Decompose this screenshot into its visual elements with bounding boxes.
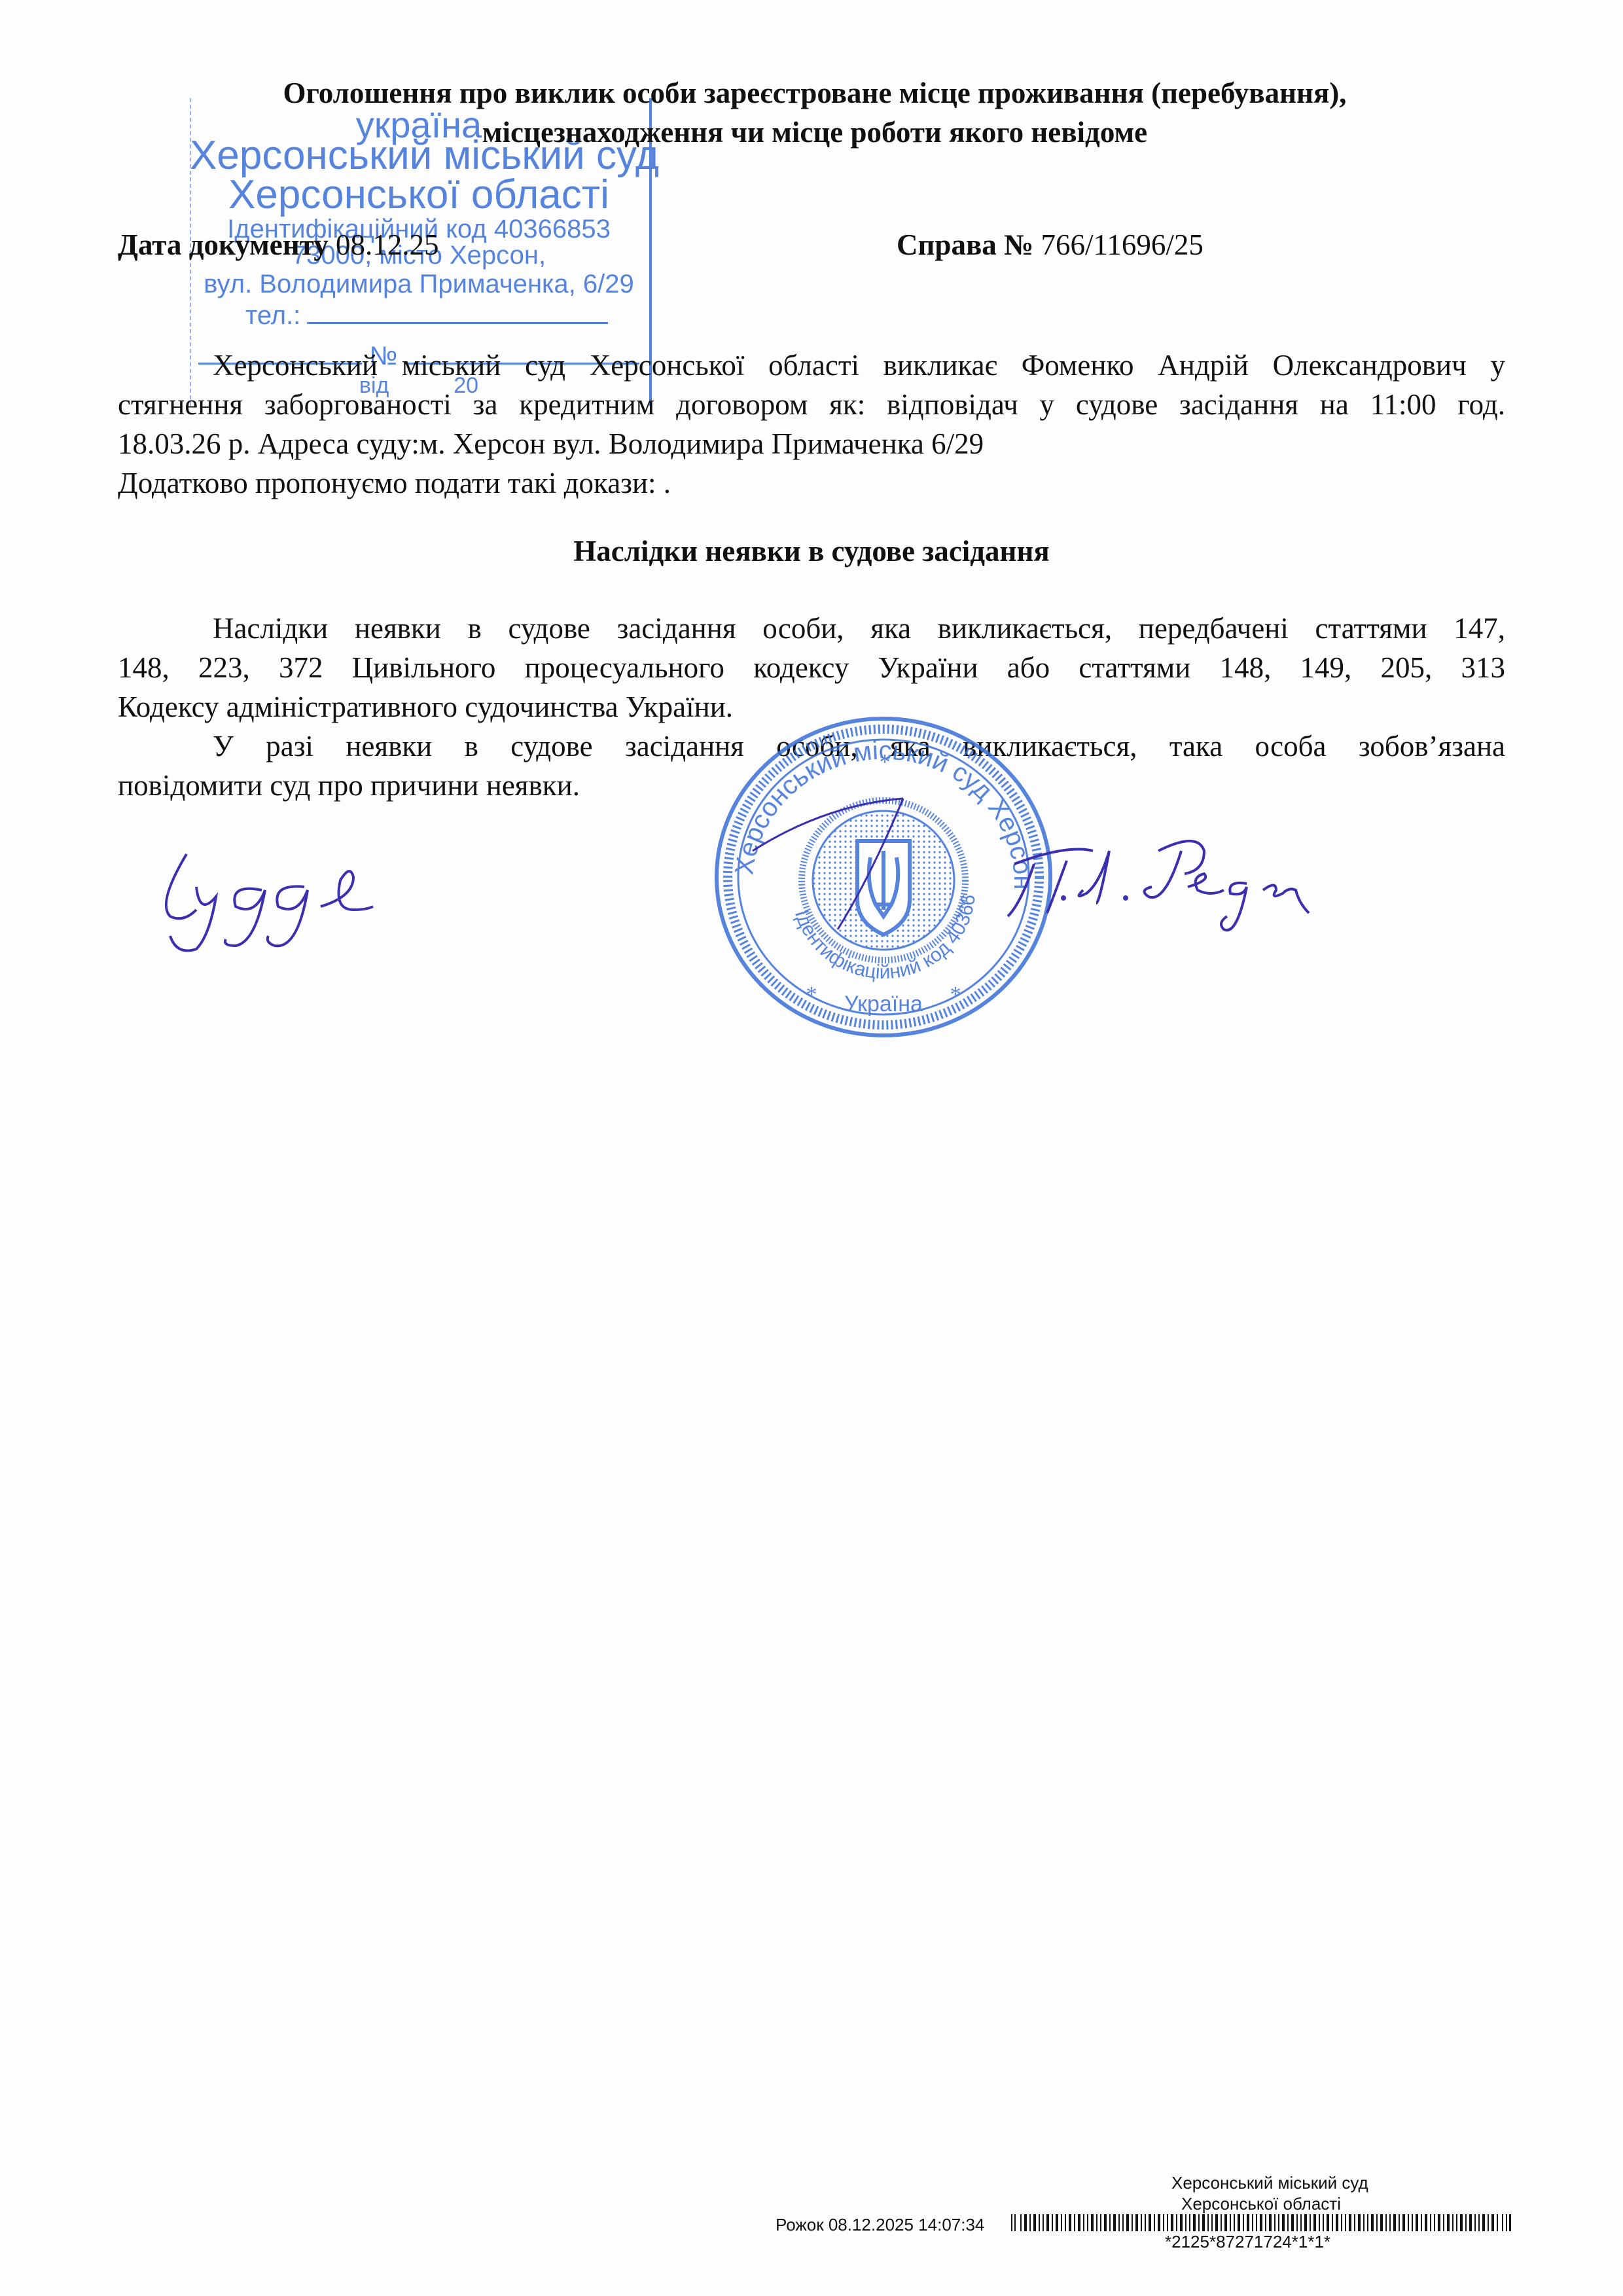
title-line-1: Оголошення про виклик особи зареєстрован… <box>118 73 1512 113</box>
stamp-tel-label: тел.: <box>245 301 300 330</box>
consequences-line-1: Наслідки неявки в судове засідання особи… <box>118 609 1505 648</box>
handwritten-judge-label: Судде <box>157 825 432 969</box>
summons-paragraph: Херсонський міський суд Херсонської обла… <box>118 346 1505 503</box>
case-label: Справа № <box>897 228 1033 261</box>
case-number: Справа № 766/11696/25 <box>897 228 1204 262</box>
footer-user-timestamp: Рожок 08.12.2025 14:07:34 <box>776 2215 984 2235</box>
summons-line-1: Херсонський міський суд Херсонської обла… <box>118 346 1505 385</box>
consequences-line-2: 148, 223, 372 Цивільного процесуального … <box>118 648 1505 687</box>
stamp-tel-field: тел.: <box>245 301 704 331</box>
case-value: 766/11696/25 <box>1041 228 1203 261</box>
stamp-tel-underline <box>307 322 608 324</box>
stamp-region: Херсонської області <box>190 171 648 218</box>
summons-line-2: стягнення заборгованості за кредитним до… <box>118 385 1505 424</box>
evidence-line: Додатково пропонуємо подати такі докази:… <box>118 463 1505 503</box>
title-line-2: місцезнаходження чи місце роботи якого н… <box>118 113 1512 152</box>
date-label: Дата документу <box>118 228 329 261</box>
footer-court-line-2: Херсонської області <box>1181 2194 1341 2214</box>
barcode-code: *2125*87271724*1*1* <box>1165 2232 1330 2252</box>
svg-text:*: * <box>806 982 817 1007</box>
svg-text:Україна: Україна <box>844 992 923 1016</box>
svg-text:*: * <box>950 982 961 1007</box>
date-value: 08.12.25 <box>336 228 439 261</box>
stamp-street: вул. Володимира Примаченка, 6/29 <box>190 270 648 299</box>
section-title-consequences: Наслідки неявки в судове засідання <box>118 534 1505 568</box>
footer-court-line-1: Херсонський міський суд <box>1171 2173 1368 2193</box>
document-page: україна Херсонський міський суд Херсонсь… <box>0 0 1623 2296</box>
document-barcode <box>1011 2214 1512 2231</box>
summons-line-3: 18.03.26 р. Адреса суду:м. Херсон вул. В… <box>118 424 1505 463</box>
document-date: Дата документу 08.12.25 <box>118 228 438 262</box>
judge-signature: П. І. Редча <box>1001 825 1394 956</box>
svg-text:*: * <box>880 750 891 774</box>
